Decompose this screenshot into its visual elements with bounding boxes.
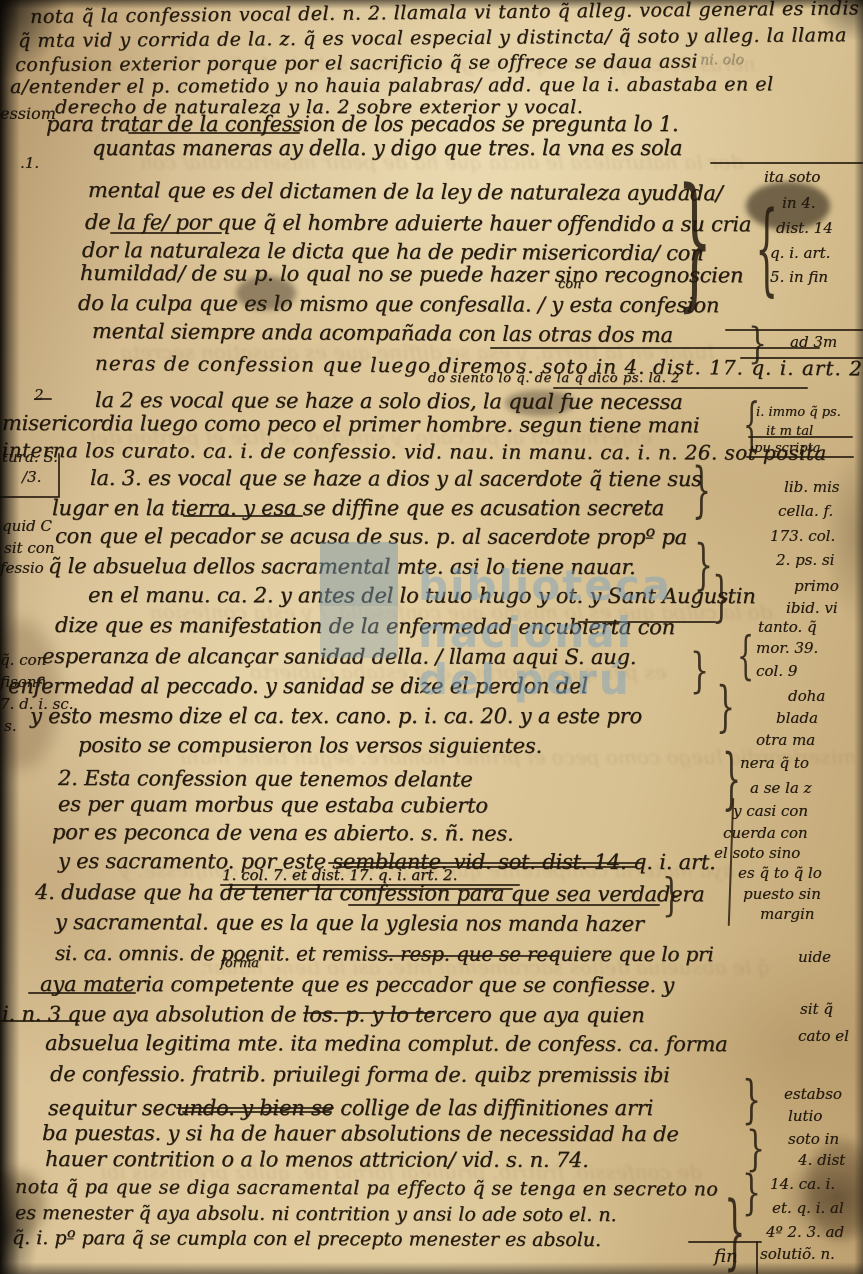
margin-brace: } (716, 682, 735, 736)
left-margin-note: fisonn (0, 673, 46, 691)
manuscript-line: y esto mesmo dize el ca. tex. cano. p. i… (30, 704, 642, 728)
manuscript-line: mental que es del dictamen de la ley de … (88, 178, 723, 205)
manuscript-line: la 2 es vocal que se haze a solo dios, l… (95, 388, 683, 414)
library-watermark-line2: nacional (418, 612, 633, 654)
right-margin-note: cato el (798, 1027, 849, 1045)
manuscript-line: nota q̃ pa que se diga sacramental pa ef… (15, 1176, 718, 1200)
manuscript-line: aya materia competente que es peccador q… (40, 972, 674, 997)
left-margin-note: quid C (2, 517, 52, 535)
manuscript-line: humildad/ de su p. lo qual no se puede h… (80, 261, 743, 287)
left-margin-note: s. (4, 717, 16, 735)
overline (490, 347, 820, 349)
margin-brace: { (737, 632, 754, 683)
manuscript-page: biblioteca nacional del perú neras de co… (0, 0, 863, 1274)
left-margin-note: 7. d. i. sc. (0, 695, 73, 713)
right-margin-note: lutio (788, 1107, 822, 1125)
manuscript-line: y sacramental. que es la que la yglesia … (55, 910, 644, 936)
left-margin-catchword: essiom (0, 104, 56, 123)
right-margin-note: 5. in fin (770, 268, 828, 286)
right-margin-note: estabso (784, 1085, 842, 1103)
section-question-line: para tratar de la confession de los peca… (46, 112, 678, 136)
manuscript-line: de confessio. fratrib. priuilegi forma d… (50, 1062, 670, 1087)
right-margin-note: margin (760, 905, 814, 923)
interlinear-insertion: forma (220, 956, 259, 971)
margin-rule (710, 162, 863, 164)
left-margin-note: sit con (4, 539, 54, 557)
left-margin-number: .1. (20, 154, 39, 172)
left-margin-number: /3. (22, 468, 41, 486)
library-watermark-line1: biblioteca (418, 565, 672, 607)
library-watermark-line3: del perú (418, 659, 631, 701)
right-margin-note: doha (788, 687, 825, 705)
manuscript-line: absuelua legitima mte. ita medina complu… (45, 1031, 728, 1056)
right-margin-note: col. 9 (756, 662, 797, 680)
citation-line: 1. col. 7. et dist. 17. q. i. art. 2. (222, 866, 457, 884)
manuscript-line: sequitur secundo. y bien se collige de l… (48, 1096, 653, 1120)
manuscript-line: misericordia luego como peco el primer h… (2, 411, 700, 437)
manuscript-line: de la fe/ por que q̃ el hombre aduierte … (85, 210, 751, 236)
margin-brace: } (690, 648, 709, 696)
fin-mark: fin (714, 1246, 738, 1267)
right-margin-note: q. i. art. (770, 244, 830, 262)
right-margin-note: cella. f. (778, 502, 833, 520)
manuscript-line: i. n. 3 que aya absolution de los. p. y … (2, 1002, 645, 1027)
left-margin-number: 2 (34, 386, 44, 404)
right-margin-note: lib. mis (784, 478, 839, 496)
right-margin-note: tanto. q̃ (758, 618, 817, 636)
note-line: nota q̃ la confession vocal del. n. 2. l… (30, 0, 859, 28)
note-line: q̃ mta vid y corrida de la. z. q̃ es voc… (18, 24, 847, 52)
manuscript-line: interna los curato. ca. i. de confessio.… (2, 438, 827, 465)
right-margin-note: et. q. i. al (772, 1199, 844, 1217)
right-margin-note: 4º 2. 3. ad (766, 1223, 844, 1241)
manuscript-line: mental siempre anda acompañada con las o… (92, 319, 673, 347)
manuscript-line: la. 3. es vocal que se haze a dios y al … (90, 466, 702, 491)
right-margin-note: uide (798, 948, 831, 966)
manuscript-line: do la culpa que es lo mismo que confesal… (78, 291, 719, 317)
margin-box-rule (0, 496, 60, 498)
right-margin-note: cuerda con (723, 824, 808, 842)
right-margin-note: 173. col. (770, 527, 835, 545)
right-margin-note: nera q̃ to (740, 754, 809, 772)
left-margin-note: q̃. con (0, 651, 46, 669)
right-margin-note: blada (776, 709, 818, 727)
right-margin-note: sit q̃ (800, 1000, 833, 1018)
left-margin-note: tura. S. (2, 448, 58, 466)
manuscript-line: q̃. i. pº para q̃ se cumpla con el prece… (12, 1227, 601, 1251)
right-margin-note: otra ma (756, 731, 815, 749)
right-margin-note: 2. ps. si (776, 551, 834, 569)
right-margin-note: soto in (788, 1130, 839, 1148)
right-margin-note: in 4. (782, 194, 816, 212)
manuscript-line: quantas maneras ay della. y digo que tre… (92, 136, 682, 160)
right-margin-note: ibid. vi (786, 599, 838, 617)
left-margin-note: fessio (0, 559, 44, 577)
faint-note: ni. olo (700, 52, 744, 68)
manuscript-line: posito se compusieron los versos siguien… (78, 733, 542, 758)
right-margin-note: el soto sino (714, 844, 800, 862)
interlinear-insertion: con (558, 277, 581, 292)
right-margin-note: i. immo q̃ ps. (756, 405, 841, 420)
right-margin-note: pu scripta (754, 441, 820, 456)
right-margin-note: a se la z (750, 779, 811, 797)
margin-rule (725, 329, 863, 331)
verse-line: 2. Esta confession que tenemos delante (58, 766, 473, 791)
interlinear-insertion: do siento lo q̃. de la q̃ dico ps. la. 2 (428, 371, 680, 386)
manuscript-line: ba puestas. y si ha de hauer absolutions… (42, 1121, 679, 1146)
right-margin-note: es q̃ to q̃ lo (738, 864, 822, 882)
right-margin-note: it m tal (766, 424, 813, 439)
right-margin-note: 4. dist (798, 1151, 845, 1169)
verse-line: por es peconca de vena es abierto. s. ñ.… (52, 820, 514, 846)
margin-brace: } (742, 1076, 761, 1127)
library-watermark-logo (320, 542, 398, 658)
manuscript-line: si. ca. omnis. de poenit. et remiss. res… (55, 941, 714, 966)
right-margin-note: primo (794, 577, 839, 595)
right-margin-note: dist. 14 (776, 219, 833, 237)
note-line: confusion exterior porque por el sacrifi… (15, 50, 698, 76)
verse-line: es per quam morbus que estaba cubierto (58, 792, 488, 818)
right-margin-note: y casi con (733, 802, 808, 820)
manuscript-line: hauer contrition o a lo menos attricion/… (45, 1147, 589, 1172)
right-margin-note: 14. ca. i. (770, 1175, 835, 1193)
right-margin-note: ita soto (764, 168, 820, 186)
manuscript-line: es menester q̃ aya absolu. ni contrition… (15, 1202, 617, 1226)
right-margin-note: ad 3m (790, 333, 837, 351)
underline (553, 387, 808, 389)
right-margin-note: solutiõ. n. (760, 1245, 835, 1263)
right-margin-note: puesto sin (743, 885, 821, 903)
note-line: a/entender el p. cometido y no hauia pal… (10, 73, 774, 98)
right-margin-note: mor. 39. (756, 639, 818, 657)
fin-box-rule (756, 1241, 758, 1274)
manuscript-line: lugar en la tierra. y esa se diffine que… (52, 496, 664, 520)
